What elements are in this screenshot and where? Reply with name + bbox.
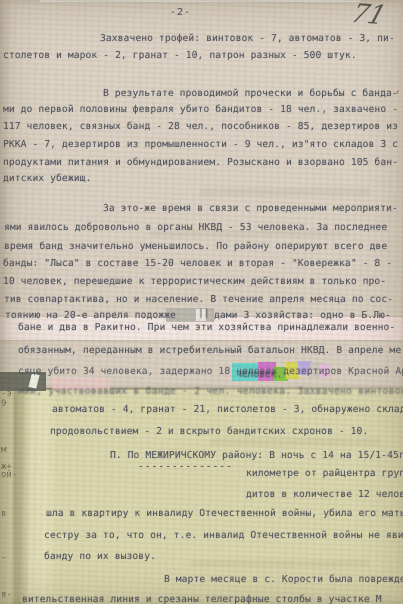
- text-line: Захвачено трофей: винтовок - 7, автомато…: [100, 33, 395, 44]
- margin-fragment: ой-: [1, 470, 17, 480]
- margin-fragment: 9: [1, 399, 6, 409]
- text-line: дитских убежищ.: [3, 173, 92, 184]
- page-number: -2-: [170, 7, 191, 18]
- text-line: дами 3 хозяйства: одно в Б.Лю-: [214, 310, 391, 321]
- text-line: вительственная линия и срезаны телеграфн…: [22, 594, 382, 604]
- handwritten-folio: 71: [348, 0, 390, 31]
- text-line: километре от райцентра группа: [246, 468, 403, 479]
- margin-fragment: -э: [1, 389, 12, 399]
- text-line: В марте месяце в с. Корости была поврежд…: [164, 574, 403, 585]
- text-line: продовольствием - 2 и вскрыто бандитских…: [50, 426, 369, 437]
- text-line: тив совпартактива, но и население. В теч…: [4, 294, 393, 305]
- text-line: время банд значительно уменьшилось. По р…: [4, 241, 387, 252]
- text-line: банду по их вызову.: [44, 551, 156, 562]
- text-line: 117 человек, связных банд - 28 чел., пос…: [3, 121, 398, 132]
- text-line: обязанным, переданным в истребительный б…: [18, 345, 403, 356]
- text-line: ями явилось добровольно в органы НКВД - …: [4, 222, 387, 233]
- margin-fragment: в: [1, 509, 6, 519]
- text-line: сяце убито 34 человека, задержано 18 чел…: [18, 366, 403, 377]
- text-line: ми до первой половины февраля убито банд…: [3, 104, 398, 115]
- text-line: 10 человек, перешедшие к террористически…: [3, 276, 386, 287]
- margin-fragment: -: [1, 553, 6, 563]
- margin-fragment: м: [1, 445, 6, 455]
- scan-edge-highlight: [40, 0, 360, 2]
- glitch-patch-marks: ||: [198, 308, 210, 319]
- text-line: П. По МЕЖИРИЧСКОМУ району: В ночь с 14 н…: [110, 450, 403, 461]
- text-line: сестру за то, что он, т.е. инвалид Отече…: [44, 530, 403, 541]
- text-line: дитов в количестве 12 человек: [246, 489, 403, 500]
- text-line: РККА - 7, дезертиров из промышленности -…: [3, 139, 398, 150]
- glitch-overlay-text: человек.: [236, 369, 282, 380]
- text-line: мии, участвовавших в банде - 2 чел. чело…: [18, 386, 403, 397]
- text-line: банды: "Лыса" в составе 15-20 человек и …: [3, 258, 392, 269]
- document-page: -2- 71 ' Захвачено трофей: винтовок - 7,…: [0, 0, 403, 604]
- text-line: автоматов - 4, гранат - 21, пистолетов -…: [52, 404, 403, 415]
- text-line: продуктами питания и обмундированием. Ро…: [3, 157, 398, 168]
- margin-fragment: я-: [1, 590, 12, 600]
- text-line: тоянию на 20-е апреля подожже: [5, 310, 176, 321]
- text-line: За это-же время в связи с проведенными м…: [103, 203, 398, 214]
- text-line: В результате проводимой прочески и борьб…: [103, 88, 398, 99]
- bleedthrough-smudge: [200, 188, 370, 196]
- text-line: шла в квартиру к инвалиду Отечественной …: [46, 508, 403, 519]
- text-line: --------------: [138, 461, 233, 472]
- text-line: столетов и марок - 2, гранат - 10, патро…: [3, 50, 357, 61]
- text-line: бане и два в Ракитно. При чем эти хозяйс…: [18, 322, 395, 333]
